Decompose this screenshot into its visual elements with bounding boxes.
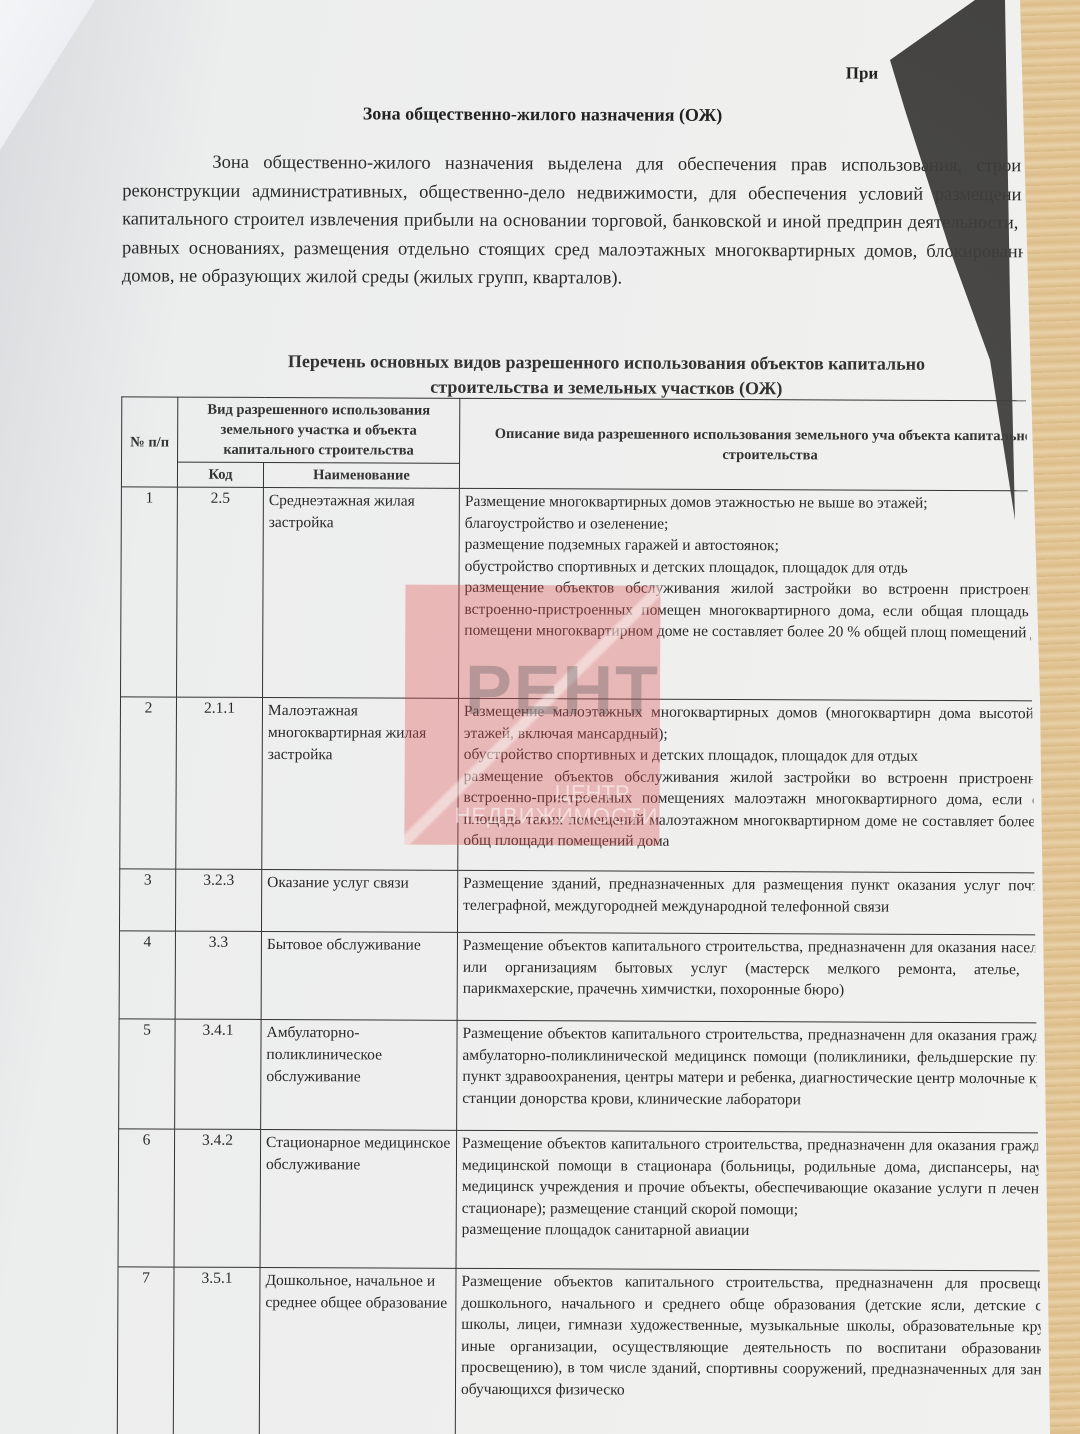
row-num: 7: [117, 1267, 174, 1434]
row-code: 2.1.1: [176, 697, 263, 869]
row-description: Размещение зданий, предназначенных для р…: [457, 870, 1078, 935]
header-code: Код: [177, 462, 263, 487]
row-code: 2.5: [177, 487, 264, 697]
row-code: 3.2.3: [175, 869, 261, 931]
page-content-clip: При Зона общественно-жилого назначения (…: [0, 0, 1080, 1434]
row-description: Размещение объектов капитального строите…: [457, 932, 1078, 1023]
table-row: 33.2.3Оказание услуг связиРазмещение зда…: [119, 869, 1078, 935]
permitted-uses-table: № п/п Вид разрешенного использования зем…: [117, 396, 1080, 1434]
row-code: 3.4.2: [174, 1129, 261, 1267]
row-description: Размещение объектов капитального строите…: [455, 1268, 1077, 1434]
row-code: 3.3: [175, 931, 261, 1019]
row-num: 1: [121, 487, 178, 697]
document-page: При Зона общественно-жилого назначения (…: [0, 0, 1080, 1434]
row-name: Бытовое обслуживание: [261, 931, 457, 1020]
table-row: 43.3Бытовое обслуживаниеРазмещение объек…: [119, 931, 1078, 1023]
row-description: Размещение малоэтажных многоквартирных д…: [458, 698, 1080, 873]
row-description: Размещение объектов капитального строите…: [456, 1130, 1078, 1271]
table-header-row: № п/п Вид разрешенного использования зем…: [122, 397, 1080, 466]
table-row: 12.5Среднеэтажная жилая застройкаРазмеще…: [121, 487, 1080, 701]
row-name: Малоэтажная многоквартирная жилая застро…: [262, 697, 459, 870]
row-num: 2: [120, 697, 177, 869]
row-name: Дошкольное, начальное и среднее общее об…: [259, 1267, 456, 1434]
table-row: 73.5.1Дошкольное, начальное и среднее об…: [117, 1267, 1077, 1434]
header-use-type: Вид разрешенного использования земельног…: [178, 397, 460, 463]
table-row: 22.1.1Малоэтажная многоквартирная жилая …: [120, 697, 1080, 873]
list-title: Перечень основных видов разрешенного исп…: [131, 348, 1080, 402]
row-name: Оказание услуг связи: [261, 869, 457, 932]
row-code: 3.4.1: [175, 1019, 261, 1129]
row-name: Среднеэтажная жилая застройка: [263, 487, 460, 698]
header-num: № п/п: [121, 397, 177, 487]
row-num: 6: [118, 1129, 175, 1267]
row-description: Размещение многоквартирных домов этажнос…: [459, 488, 1080, 701]
row-code: 3.5.1: [173, 1267, 260, 1434]
row-description: Размещение объектов капитального строите…: [457, 1020, 1078, 1133]
table-row: 53.4.1Амбулаторно-поликлиническое обслуж…: [119, 1019, 1078, 1133]
header-description: Описание вида разрешенного использования…: [459, 398, 1080, 491]
row-num: 5: [119, 1019, 175, 1129]
row-name: Стационарное медицинское обслуживание: [260, 1129, 457, 1268]
table-row: 63.4.2Стационарное медицинское обслужива…: [118, 1129, 1078, 1271]
row-name: Амбулаторно-поликлиническое обслуживание: [261, 1019, 457, 1130]
appendix-label: При: [846, 64, 879, 84]
row-num: 4: [119, 931, 175, 1019]
header-name: Наименование: [263, 462, 459, 488]
row-num: 3: [119, 869, 175, 931]
